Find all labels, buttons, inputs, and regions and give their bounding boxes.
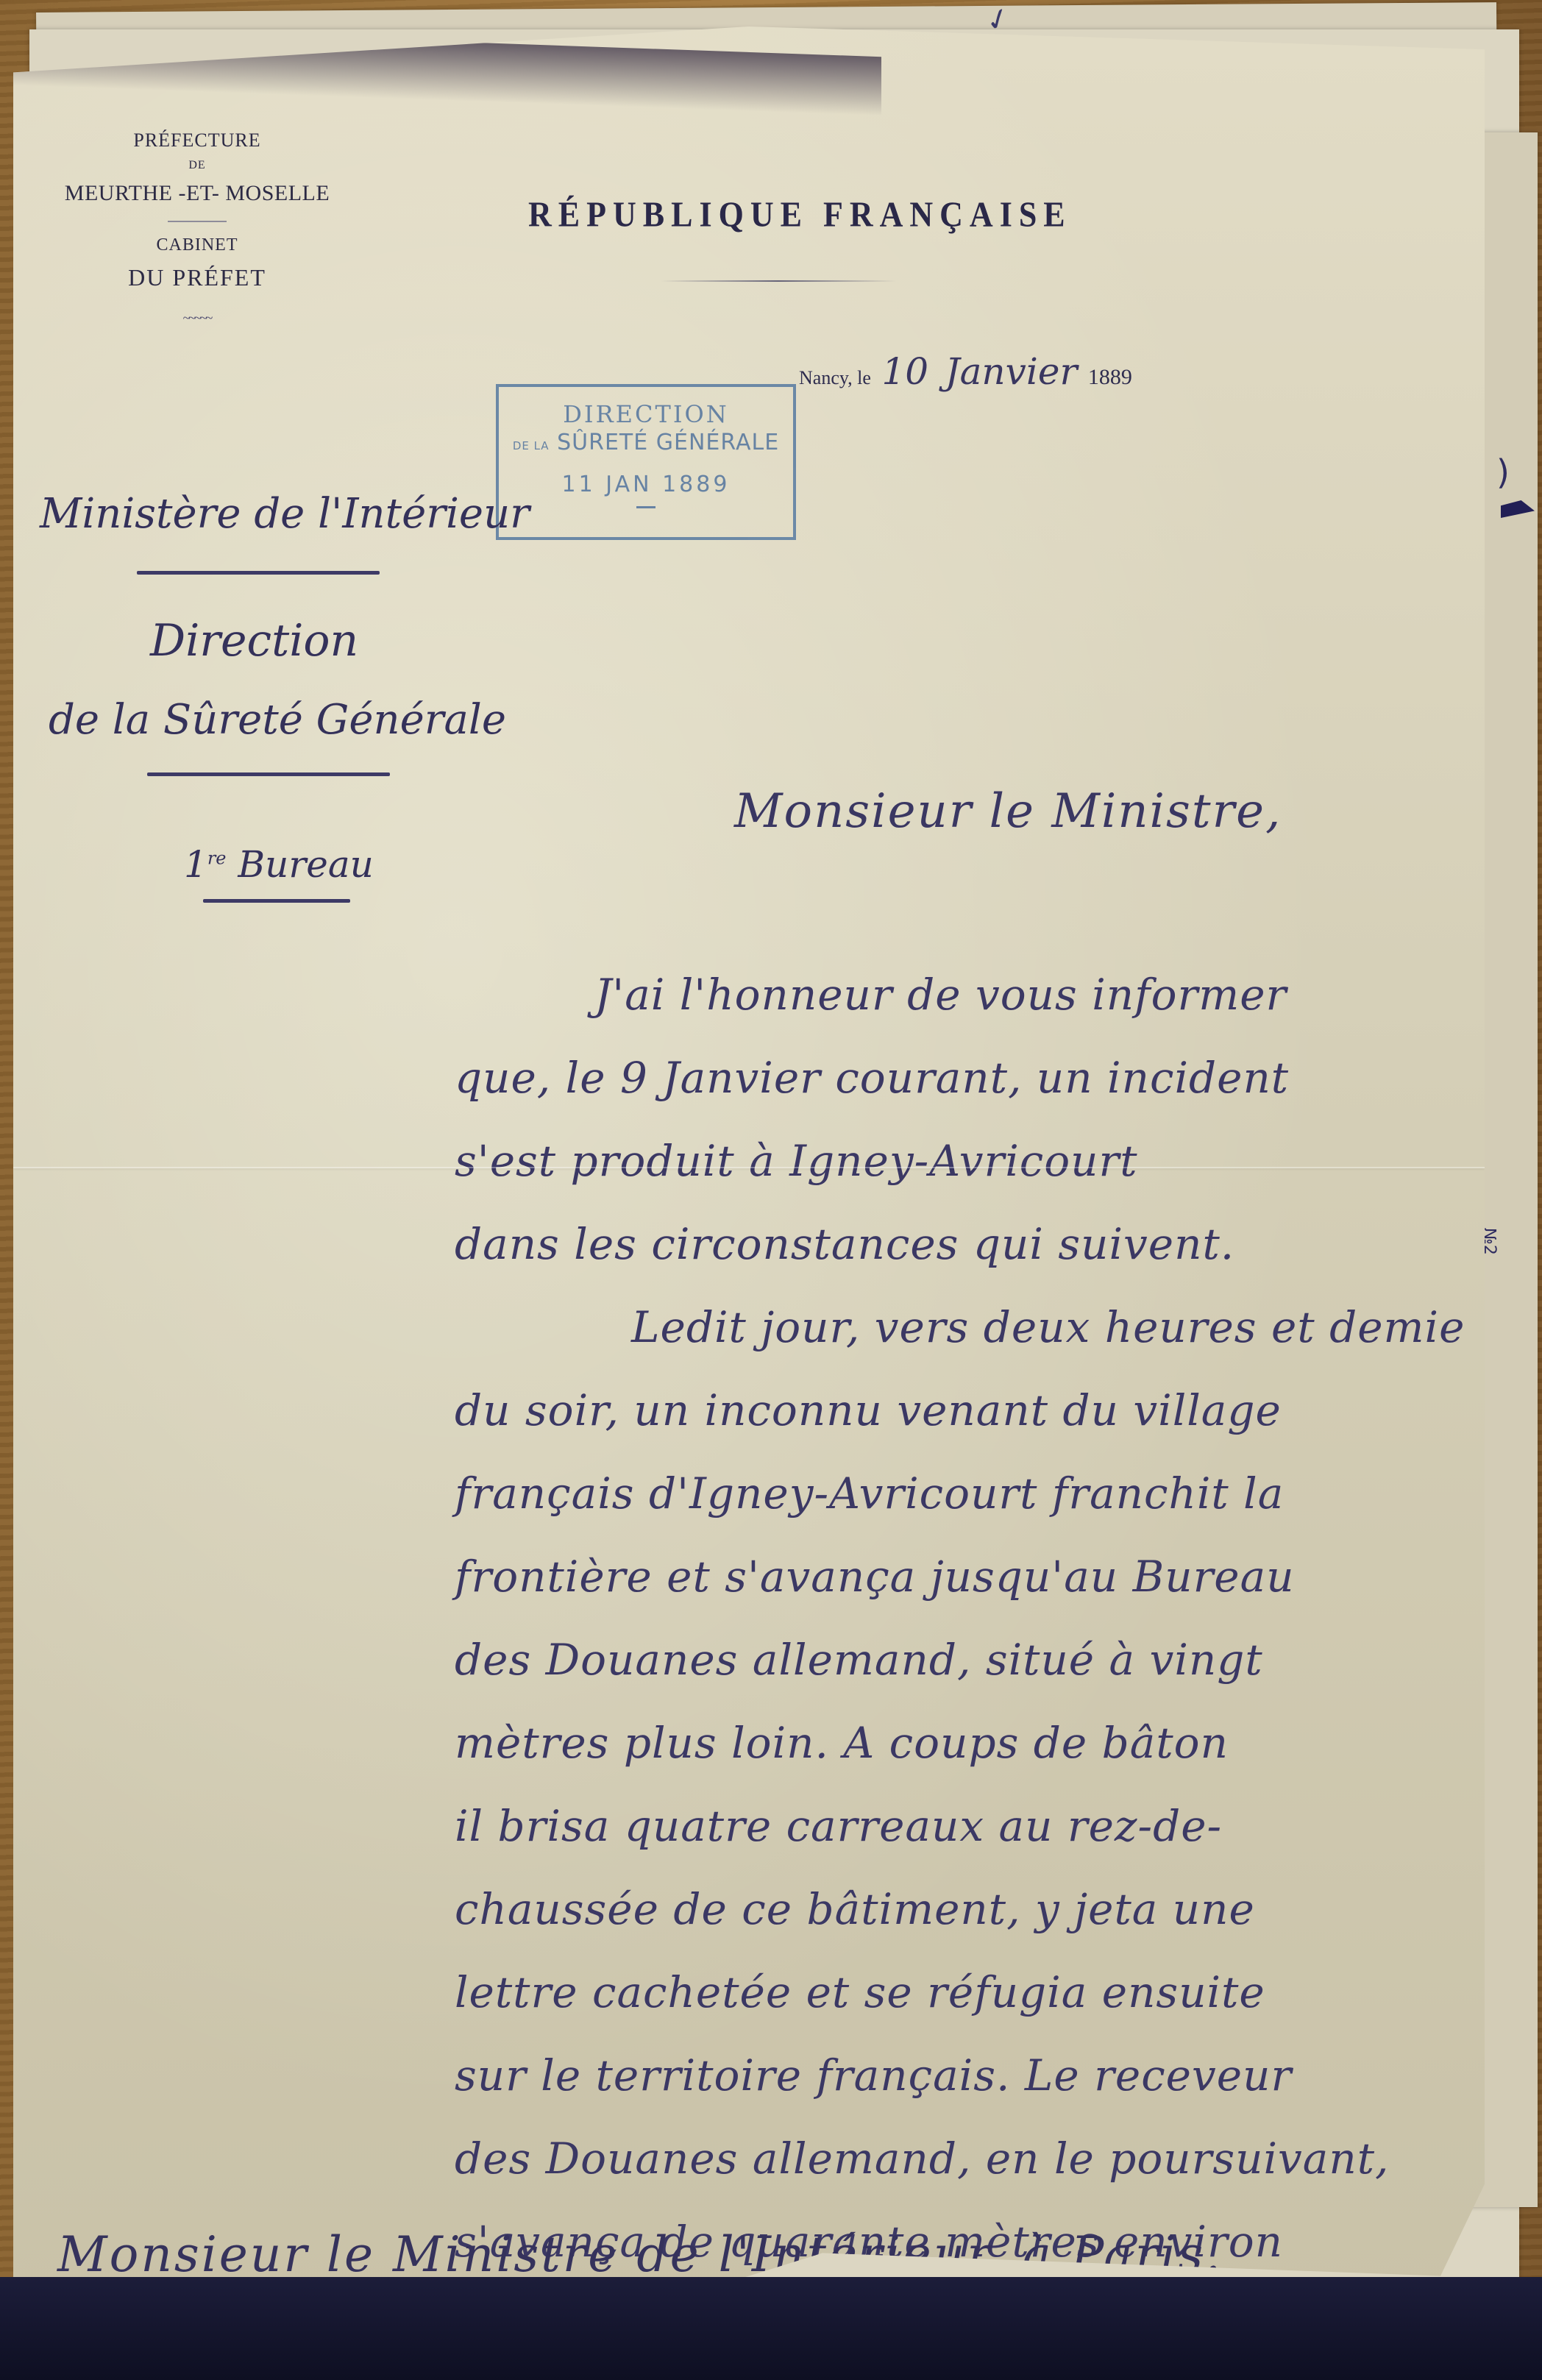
underline bbox=[137, 571, 380, 575]
ornament-divider: ~~~~~ bbox=[157, 310, 238, 326]
underline bbox=[203, 899, 350, 903]
letterhead-line: DU PRÉFET bbox=[43, 264, 352, 291]
margin-number-mark: №2 bbox=[1480, 1228, 1499, 1255]
service-heading: de la Sûreté Générale bbox=[49, 696, 506, 744]
date-day: 10 bbox=[881, 350, 928, 393]
body-line: dans les circonstances qui suivent. bbox=[455, 1203, 1485, 1286]
body-line: que, le 9 Janvier courant, un incident bbox=[455, 1037, 1485, 1120]
divider bbox=[168, 221, 227, 222]
body-line: frontière et s'avança jusqu'au Bureau bbox=[455, 1535, 1485, 1619]
body-line: il brisa quatre carreaux au rez-de- bbox=[455, 1785, 1485, 1868]
letterhead-line: PRÉFECTURE bbox=[43, 129, 352, 152]
letterhead-department: MEURTHE -ET- MOSELLE bbox=[43, 181, 352, 206]
received-stamp: DIRECTION DE LA SÛRETÉ GÉNÉRALE 11 JAN 1… bbox=[496, 384, 796, 540]
underline bbox=[147, 772, 390, 776]
date-place: Nancy, le bbox=[799, 367, 871, 388]
body-line: du soir, un inconnu venant du village bbox=[455, 1369, 1485, 1452]
letterhead-line: CABINET bbox=[43, 235, 352, 255]
bureau-number: 1 bbox=[184, 843, 207, 886]
body-line: mètres plus loin. A coups de bâton bbox=[455, 1702, 1485, 1785]
ornament-divider bbox=[661, 280, 896, 282]
letter-body: J'ai l'honneur de vous informer que, le … bbox=[455, 953, 1485, 2367]
stamp-line: DE LA SÛRETÉ GÉNÉRALE bbox=[499, 430, 793, 455]
bureau-suffix: re bbox=[207, 848, 227, 868]
direction-heading: Direction bbox=[150, 615, 358, 667]
republique-heading: RÉPUBLIQUE FRANÇAISE bbox=[528, 193, 1072, 235]
ministry-heading: Ministère de l'Intérieur bbox=[40, 490, 530, 538]
stamp-small-text: DE LA bbox=[513, 439, 550, 452]
date-year: 1889 bbox=[1088, 365, 1132, 389]
body-line: lettre cachetée et se réfugia ensuite bbox=[455, 1951, 1485, 2034]
bureau-heading: 1re Bureau bbox=[184, 843, 374, 886]
stamp-text: SÛRETÉ GÉNÉRALE bbox=[557, 430, 779, 455]
margin-paren-mark: ) bbox=[1496, 452, 1510, 492]
dateline: Nancy, le 10 Janvier 1889 bbox=[799, 350, 1132, 393]
stamp-date: 11 JAN 1889 bbox=[499, 472, 793, 497]
stamp-dash bbox=[636, 506, 655, 508]
letterhead-line: DE bbox=[43, 159, 352, 172]
body-line: des Douanes allemand, situé à vingt bbox=[455, 1619, 1485, 1702]
body-line: chaussée de ce bâtiment, y jeta une bbox=[455, 1868, 1485, 1951]
body-line: sur le territoire français. Le receveur bbox=[455, 2034, 1485, 2117]
letter-sheet: PRÉFECTURE DE MEURTHE -ET- MOSELLE CABIN… bbox=[13, 26, 1485, 2322]
date-month: Janvier bbox=[945, 350, 1078, 393]
stamp-line: DIRECTION bbox=[499, 400, 793, 428]
prefecture-letterhead: PRÉFECTURE DE MEURTHE -ET- MOSELLE CABIN… bbox=[43, 129, 352, 326]
body-line: Ledit jour, vers deux heures et demie bbox=[455, 1286, 1485, 1369]
body-line: s'est produit à Igney-Avricourt bbox=[455, 1120, 1485, 1203]
salutation: Monsieur le Ministre, bbox=[734, 784, 1282, 839]
bureau-label: Bureau bbox=[238, 843, 373, 886]
dark-cloth-background bbox=[0, 2277, 1542, 2380]
body-line: J'ai l'honneur de vous informer bbox=[455, 953, 1485, 1037]
body-line: des Douanes allemand, en le poursuivant, bbox=[455, 2117, 1485, 2200]
body-line: français d'Igney-Avricourt franchit la bbox=[455, 1452, 1485, 1535]
